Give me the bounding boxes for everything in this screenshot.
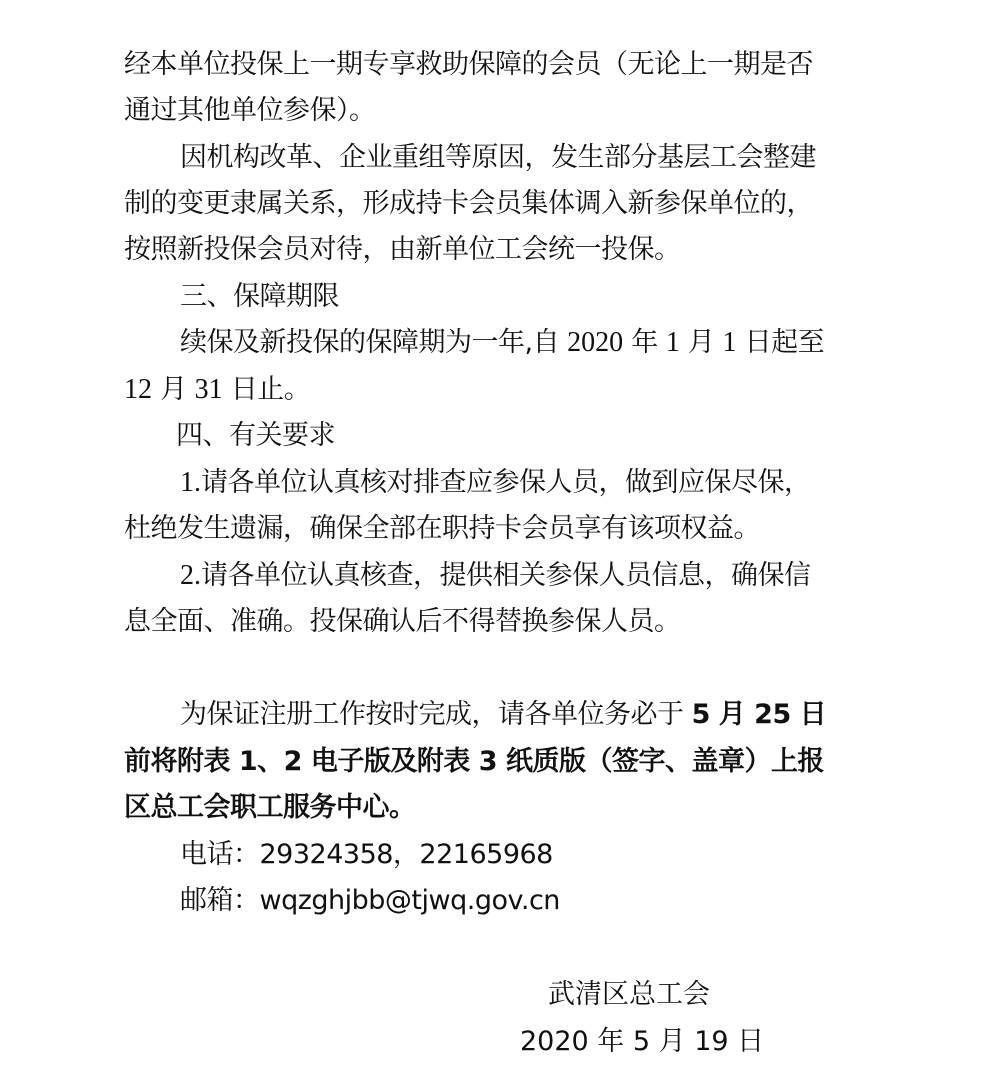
deadline-notice-line: 区总工会职工服务中心。	[124, 785, 416, 831]
requirement-item-2: 2.请各单位认真核查，提供相关参保人员信息，确保信	[180, 553, 811, 599]
requirement-item-2-continued: 息全面、准确。投保确认后不得替换参保人员。	[124, 599, 681, 645]
text: 日起至	[737, 327, 825, 358]
deadline-date: 5 月 25 日	[692, 699, 827, 730]
section-heading-requirements: 四、有关要求	[176, 413, 335, 459]
section-heading-coverage-period: 三、保障期限	[180, 274, 339, 320]
email-value[interactable]: wqzghjbb@tjwq.gov.cn	[260, 885, 560, 916]
text: 请各单位认真核对排查应参保人员，做到应保尽保，	[201, 467, 811, 498]
coverage-period-line: 12 月 31 日止。	[124, 367, 310, 413]
year-number: 2020	[567, 327, 623, 358]
requirement-item-1-continued: 杜绝发生遗漏，确保全部在职持卡会员享有该项权益。	[124, 506, 760, 552]
signature-date: 2020 年 5 月 19 日	[520, 1019, 764, 1065]
email-label: 邮箱：	[180, 885, 260, 916]
text: 续保及新投保的保障期为一年,自	[180, 327, 567, 358]
coverage-period-line: 续保及新投保的保障期为一年,自 2020 年 1 月 1 日起至	[180, 320, 824, 366]
paragraph-line: 因机构改革、企业重组等原因，发生部分基层工会整建	[180, 135, 816, 181]
paragraph-line: 经本单位投保上一期专享救助保障的会员（无论上一期是否	[124, 42, 813, 88]
day-number: 1	[723, 327, 737, 358]
text: 请各单位认真核查，提供相关参保人员信息，确保信	[201, 560, 811, 591]
text: 月	[680, 327, 723, 358]
text: 为保证注册工作按时完成，请各单位务必于	[180, 699, 692, 730]
deadline-notice-line: 为保证注册工作按时完成，请各单位务必于 5 月 25 日	[180, 692, 826, 738]
text: 日止。	[223, 374, 311, 405]
paragraph-line: 制的变更隶属关系，形成持卡会员集体调入新参保单位的，	[124, 181, 813, 227]
phone-value: 29324358，22165968	[260, 839, 553, 870]
day-number: 31	[195, 374, 223, 405]
deadline-notice-line: 前将附表 1、2 电子版及附表 3 纸质版（签字、盖章）上报	[124, 739, 824, 785]
text: 月	[152, 374, 195, 405]
month-number: 12	[124, 374, 152, 405]
month-number: 1	[666, 327, 680, 358]
paragraph-line: 通过其他单位参保）。	[124, 88, 376, 134]
contact-phone: 电话：29324358，22165968	[180, 832, 553, 878]
item-number: 2.	[180, 560, 201, 591]
text: 年	[623, 327, 666, 358]
item-number: 1.	[180, 467, 201, 498]
phone-label: 电话：	[180, 839, 260, 870]
signature-organization: 武清区总工会	[548, 972, 710, 1018]
paragraph-line: 按照新投保会员对待，由新单位工会统一投保。	[124, 227, 681, 273]
contact-email: 邮箱：wqzghjbb@tjwq.gov.cn	[180, 878, 560, 924]
requirement-item-1: 1.请各单位认真核对排查应参保人员，做到应保尽保，	[180, 460, 811, 506]
